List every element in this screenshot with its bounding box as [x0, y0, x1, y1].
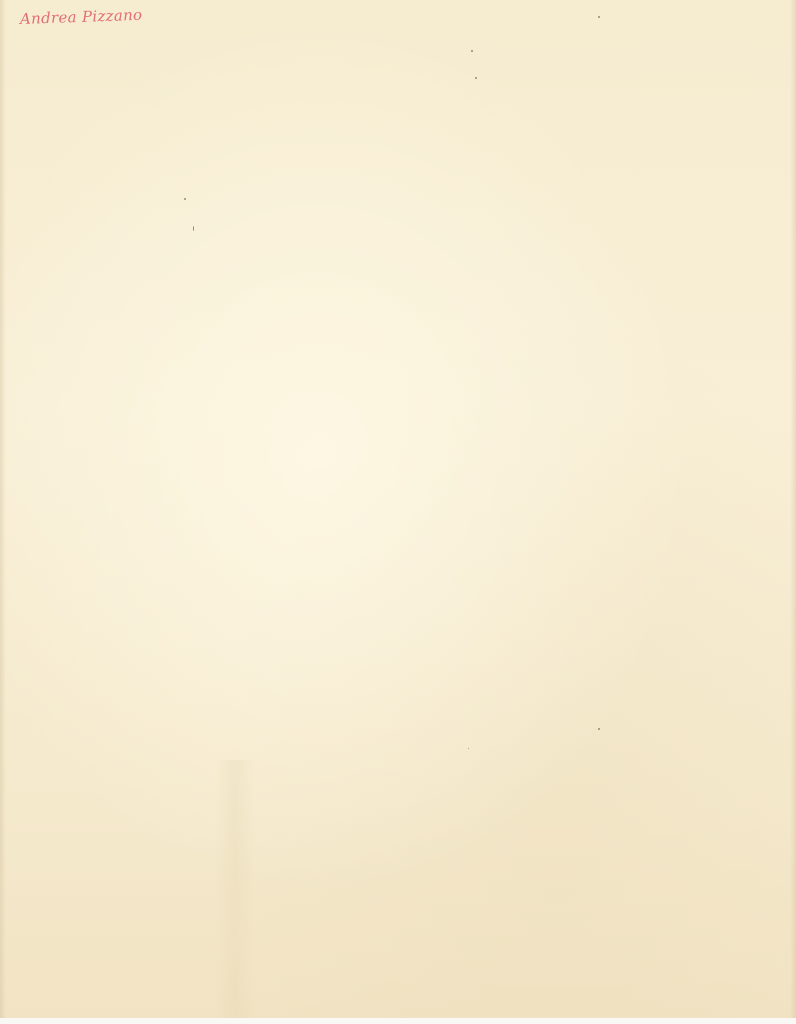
- page-edge-left: [0, 0, 6, 1018]
- paper-speck: [184, 198, 186, 200]
- paper-speck: [475, 77, 477, 79]
- paper-speck: [193, 226, 194, 231]
- paper-speck: [598, 16, 600, 18]
- paper-crease: [215, 760, 255, 1018]
- paper-speck: [468, 748, 469, 749]
- scan-bottom-margin: [0, 1018, 796, 1024]
- paper-speck: [598, 728, 600, 730]
- paper-speck: [471, 50, 473, 52]
- page-edge-right: [790, 0, 796, 1018]
- scanned-page: Andrea Pizzano: [0, 0, 796, 1018]
- handwritten-annotation: Andrea Pizzano: [20, 6, 143, 28]
